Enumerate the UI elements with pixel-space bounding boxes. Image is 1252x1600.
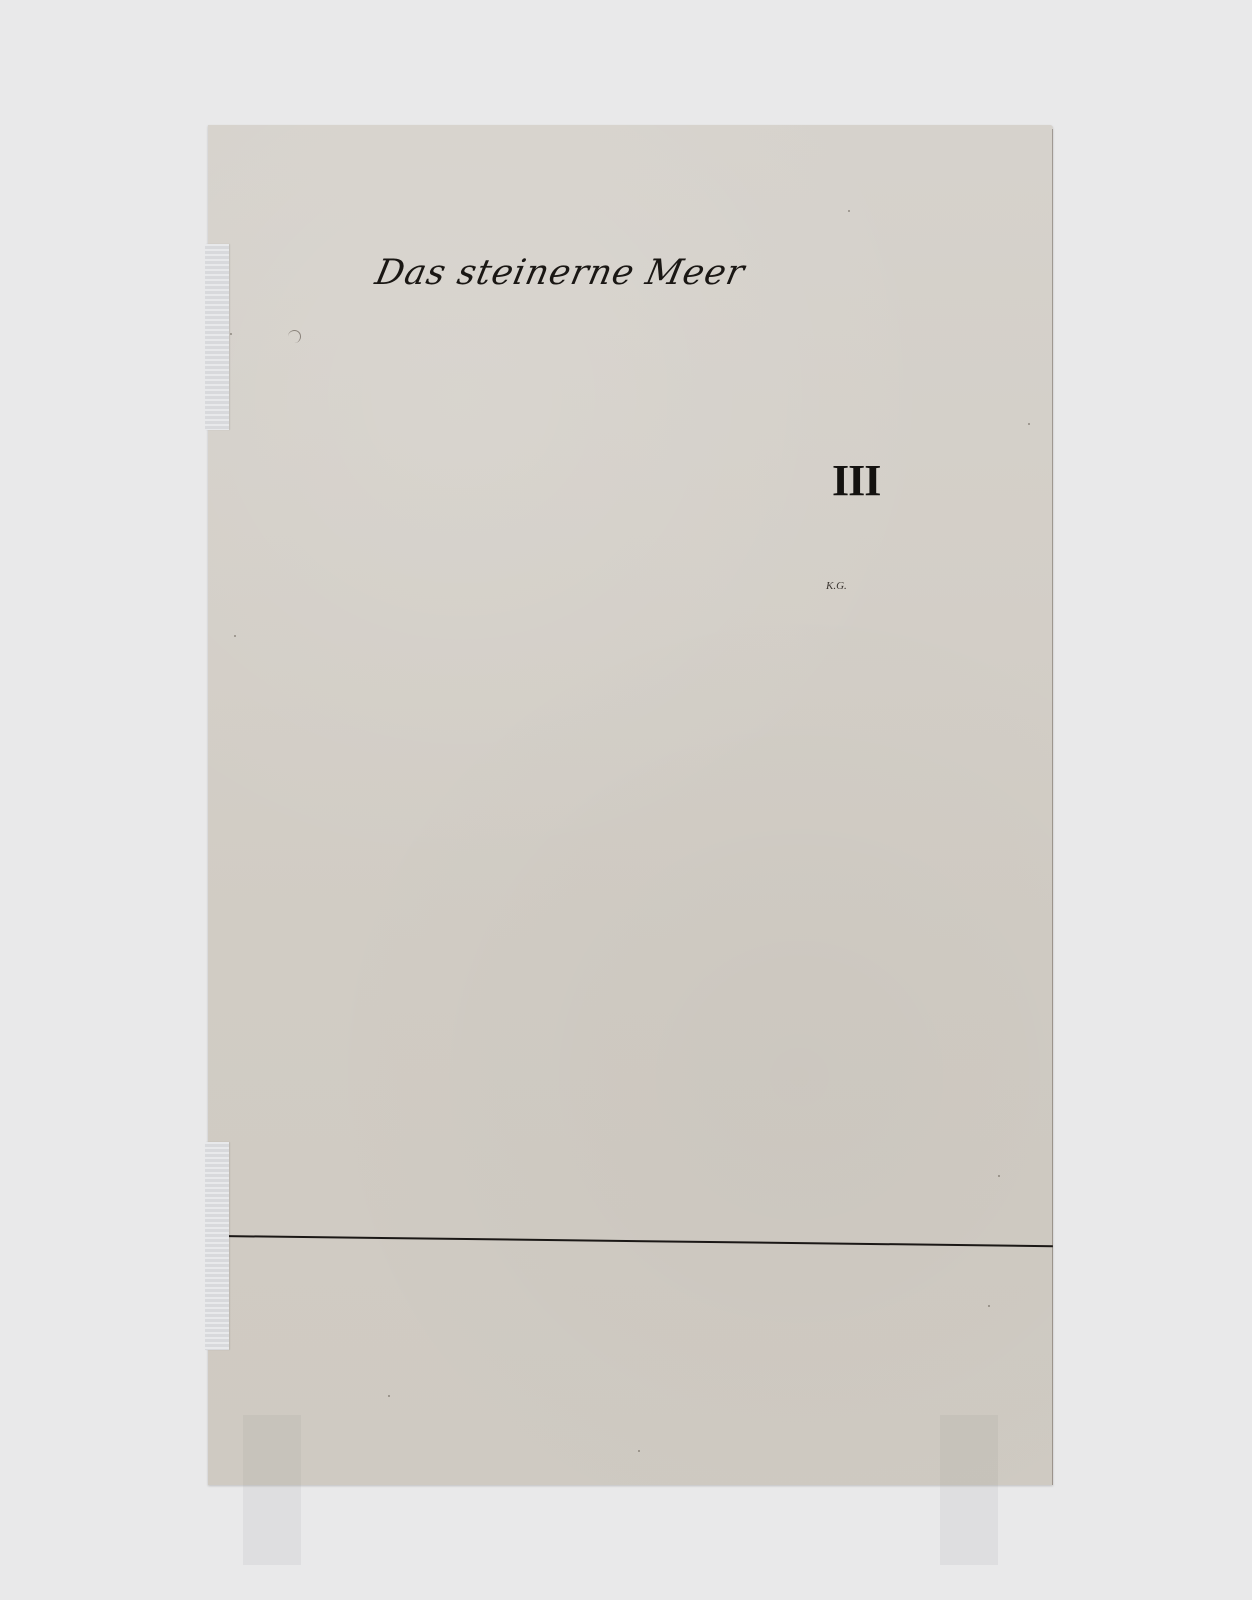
mount-shadow-right <box>940 1485 998 1565</box>
mount-corner-shade-right <box>940 1415 998 1485</box>
mount-corner-shade-left <box>243 1415 301 1485</box>
paper-sheet: Das steinerne Meer III K.G. <box>208 125 1053 1485</box>
hinge-tape-top <box>205 244 229 430</box>
paper-speck <box>234 635 236 637</box>
hinge-tape-bottom <box>205 1142 229 1350</box>
punch-hole-mark <box>288 330 301 343</box>
volume-numeral: III <box>832 459 880 503</box>
paper-speck <box>848 210 850 212</box>
horizontal-rule <box>219 1235 1053 1247</box>
mount-shadow-left <box>243 1485 301 1565</box>
paper-speck <box>638 1450 640 1452</box>
paper-speck <box>388 1395 390 1397</box>
paper-speck <box>988 1305 990 1307</box>
author-initials: K.G. <box>826 580 847 592</box>
document-title: Das steinerne Meer <box>372 253 749 293</box>
paper-speck <box>1028 423 1030 425</box>
paper-speck <box>230 333 232 335</box>
paper-speck <box>998 1175 1000 1177</box>
